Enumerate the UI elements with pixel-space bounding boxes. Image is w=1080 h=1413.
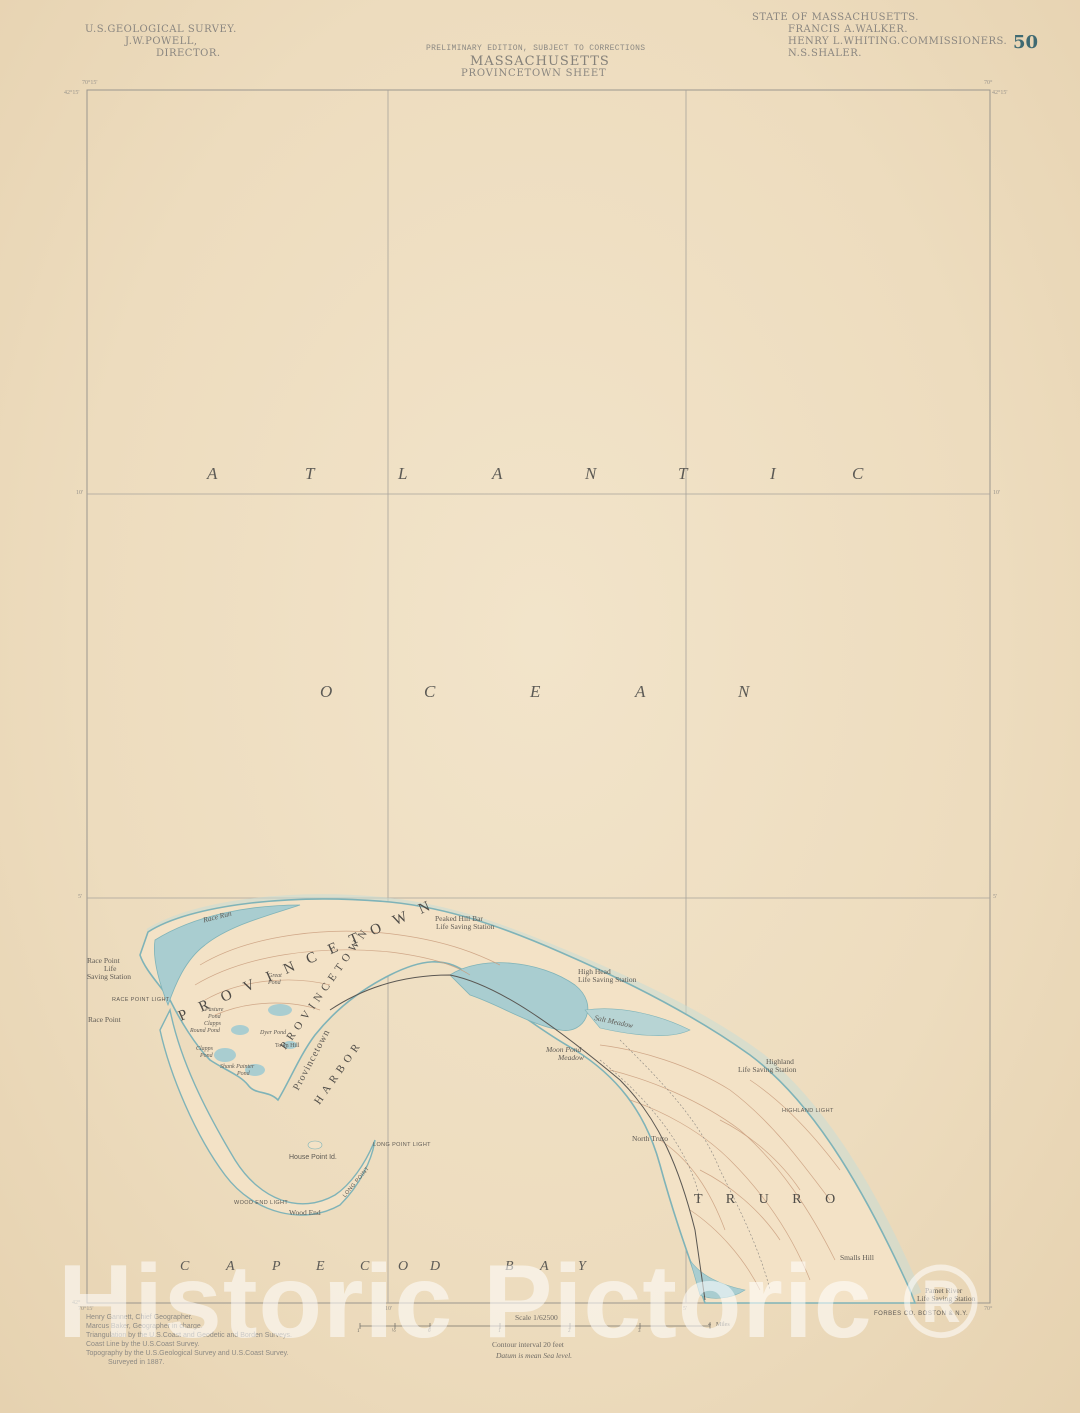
label-ocean-letter: N xyxy=(738,682,749,702)
pond-clapps xyxy=(214,1048,236,1062)
house-point-island xyxy=(308,1141,322,1149)
label-moon-pond-2: Meadow xyxy=(558,1054,584,1062)
label-wood-end: Wood End xyxy=(289,1209,321,1217)
label-atlantic-letter: N xyxy=(585,464,596,484)
label-ocean-letter: A xyxy=(635,682,645,702)
watermark-text: Historic Pictoric ® xyxy=(58,1243,980,1362)
label-wood-end-light: WOOD END LIGHT xyxy=(234,1200,288,1206)
label-long-point-light: LONG POINT LIGHT xyxy=(373,1142,431,1148)
label-highland-light: HIGHLAND LIGHT xyxy=(782,1108,834,1114)
coord-top-right-lon: 70° xyxy=(984,80,992,86)
coord-lower-left: 5' xyxy=(78,894,82,900)
label-dyer-pond: Dyer Pond xyxy=(260,1029,286,1037)
coord-bottom-right-lon: 70° xyxy=(984,1306,992,1312)
label-atlantic-letter: T xyxy=(678,464,687,484)
coord-top-right-lat: 42°15' xyxy=(992,90,1007,96)
label-north-truro: North Truro xyxy=(632,1135,668,1143)
label-great-pond-2: Pond xyxy=(268,979,281,987)
label-high-head-2: Life Saving Station xyxy=(578,976,636,984)
label-house-point: House Point Id. xyxy=(289,1154,337,1162)
coord-top-left-lat: 42°15' xyxy=(64,90,79,96)
label-atlantic-letter: A xyxy=(207,464,217,484)
label-race-point: Race Point xyxy=(88,1016,121,1024)
label-ocean-letter: C xyxy=(424,682,435,702)
label-truro: T R U R O xyxy=(694,1192,845,1208)
label-clapps-pond-2: Pond xyxy=(200,1052,213,1060)
label-ocean-letter: O xyxy=(320,682,332,702)
pond-pasture xyxy=(231,1025,249,1035)
label-peaked-hill-2: Life Saving Station xyxy=(436,923,494,931)
label-highland-2: Life Saving Station xyxy=(738,1066,796,1074)
label-atlantic-letter: L xyxy=(398,464,407,484)
coord-lower-right: 5' xyxy=(993,894,997,900)
label-ocean-letter: E xyxy=(530,682,540,702)
coord-top-left-lon: 70°15' xyxy=(82,80,97,86)
label-shank-painter-pond-2: Pond xyxy=(237,1070,250,1078)
label-clapps-round-pond-2: Round Pond xyxy=(190,1027,220,1035)
coord-mid-right: 10' xyxy=(993,490,1000,496)
label-race-point-light: RACE POINT LIGHT xyxy=(112,997,170,1003)
label-atlantic-letter: C xyxy=(852,464,863,484)
label-atlantic-letter: I xyxy=(770,464,776,484)
pond-great xyxy=(268,1004,292,1016)
label-atlantic-letter: T xyxy=(305,464,314,484)
map-canvas xyxy=(0,0,1080,1413)
coord-mid-left: 10' xyxy=(76,490,83,496)
label-atlantic-letter: A xyxy=(492,464,502,484)
label-race-point-lss-3: Saving Station xyxy=(87,973,131,981)
label-town-hill: Town Hill xyxy=(275,1042,299,1050)
